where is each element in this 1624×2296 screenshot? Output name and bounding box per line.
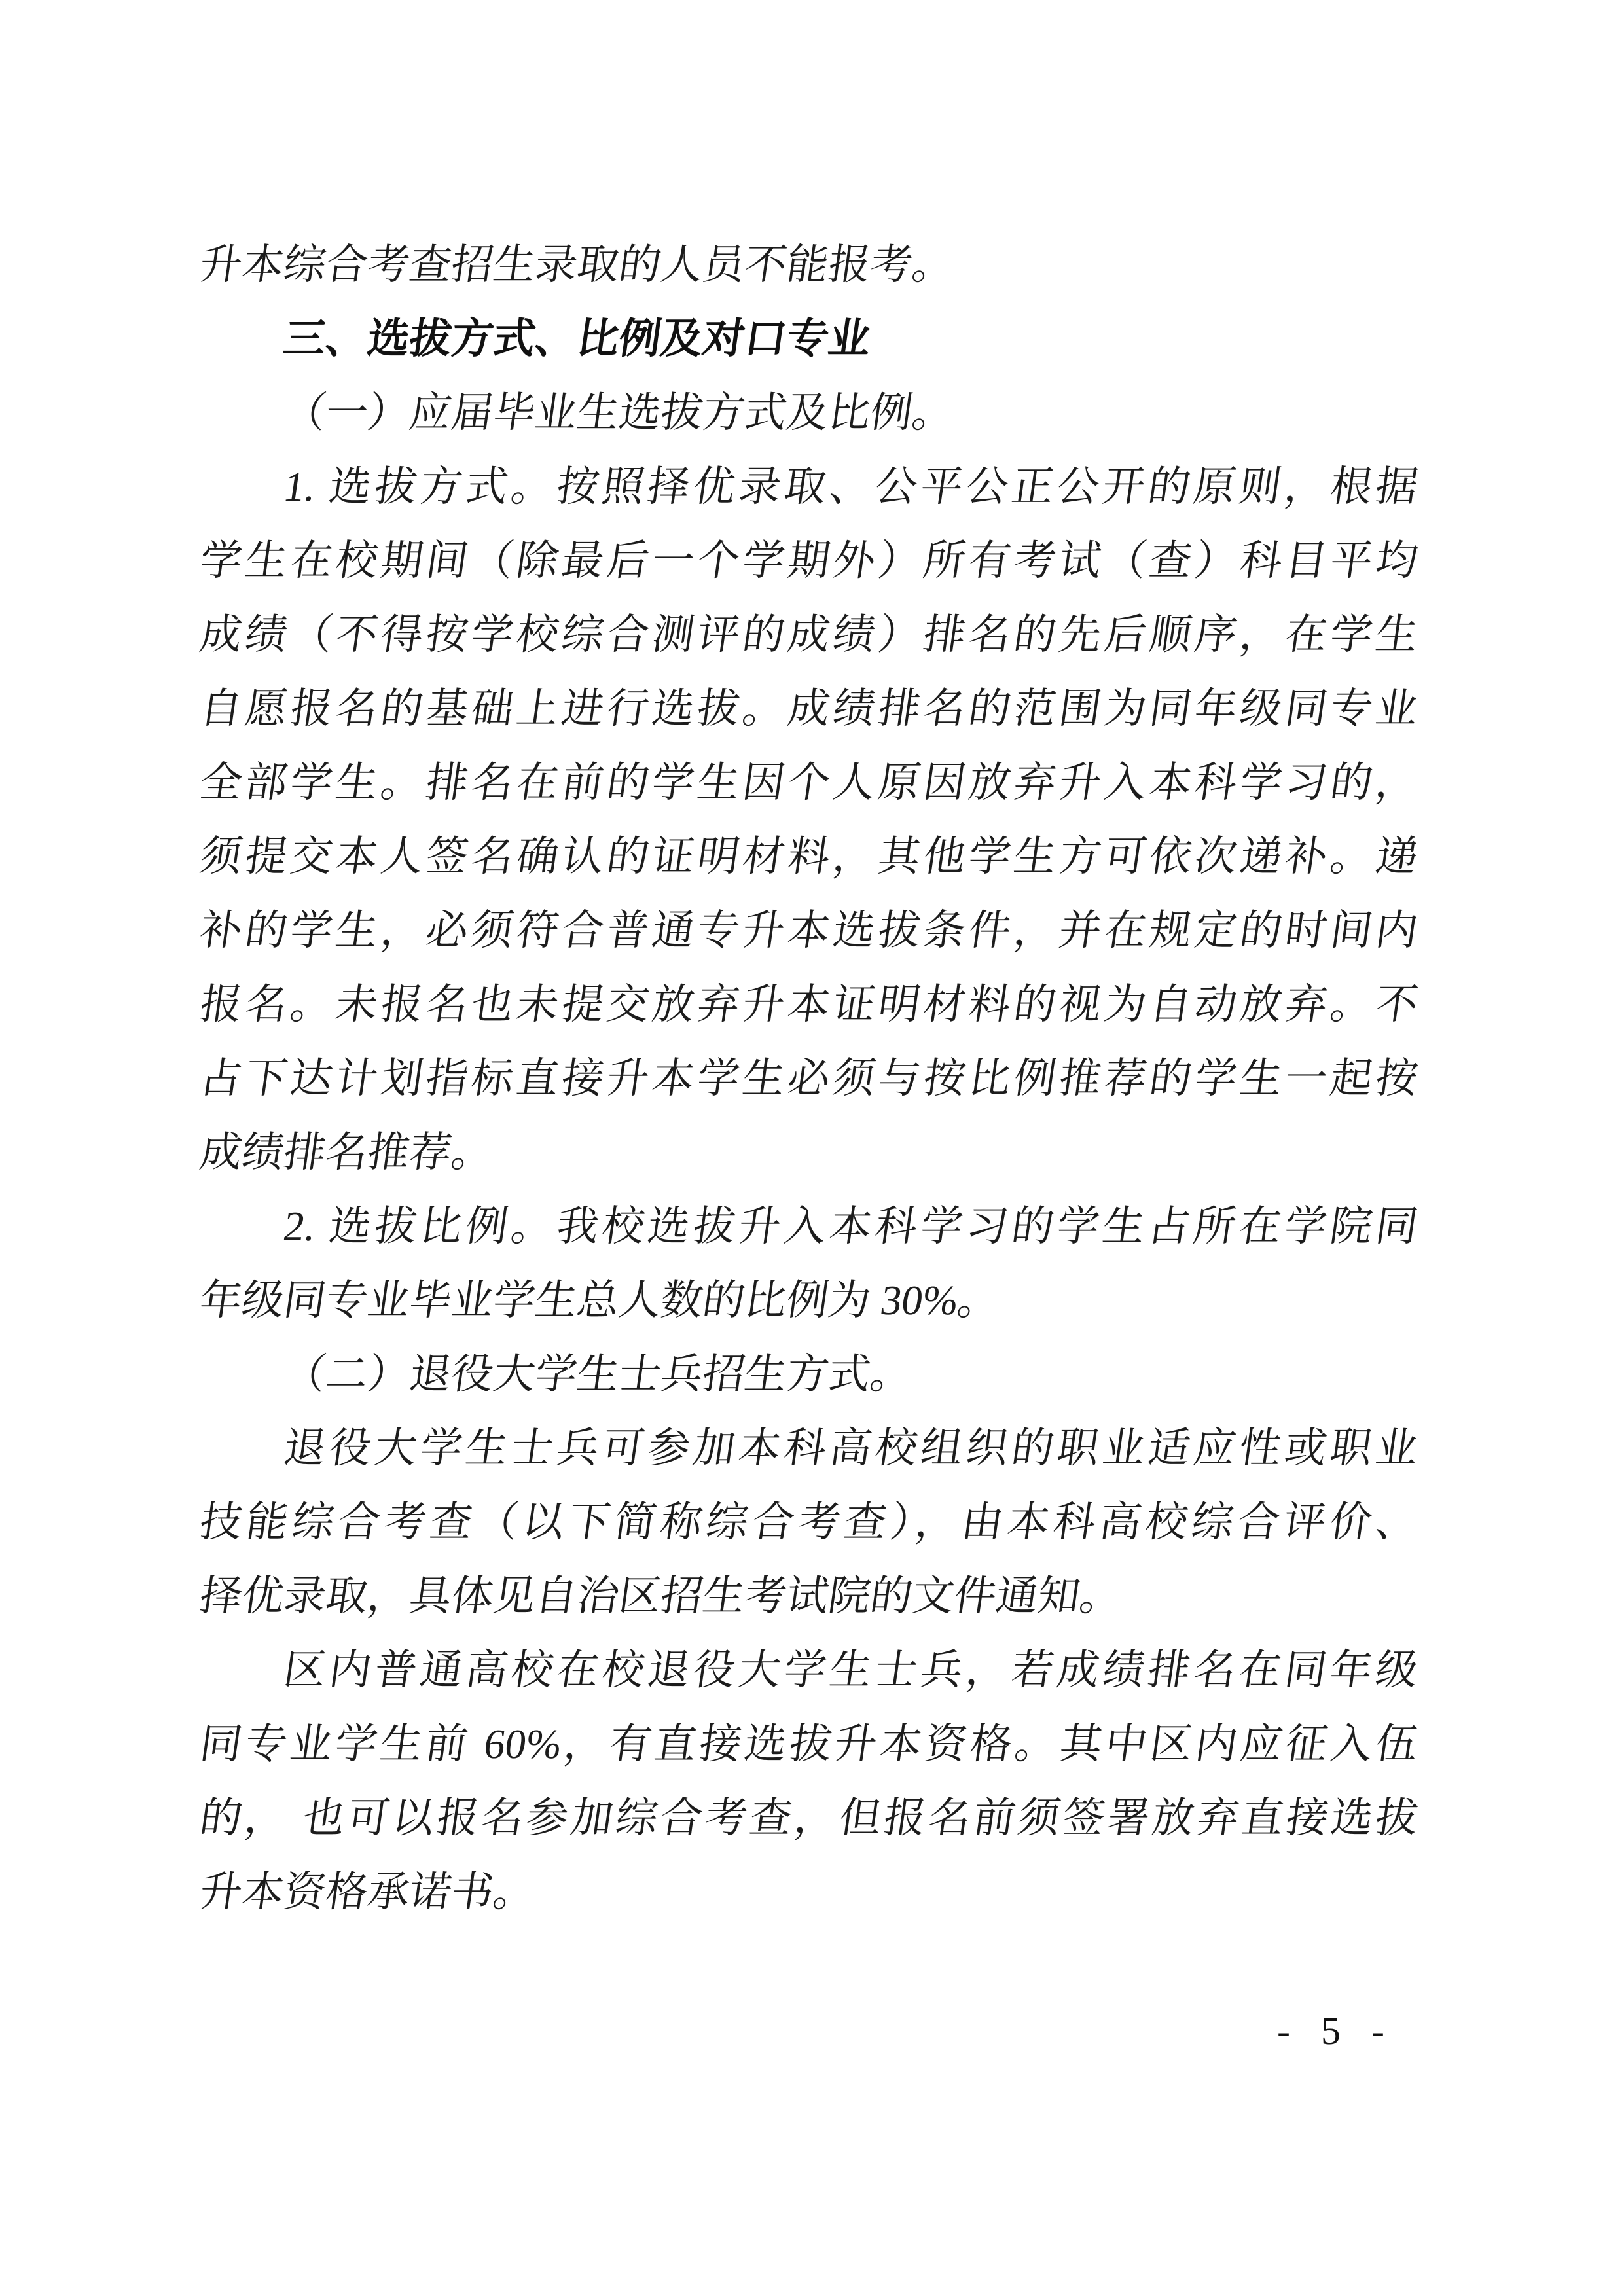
text-line: 报名。未报名也未提交放弃升本证明材料的视为自动放弃。不 xyxy=(195,967,1423,1041)
text-line: 技能综合考查（以下简称综合考查），由本科高校综合评价、 xyxy=(195,1485,1423,1559)
text-line: （二）退役大学生士兵招生方式。 xyxy=(195,1337,1423,1411)
subsection-heading-2: （二）退役大学生士兵招生方式。 xyxy=(195,1337,1413,1411)
text-line: 择优录取，具体见自治区招生考试院的文件通知。 xyxy=(195,1559,1423,1633)
section-heading: 三、选拔方式、比例及对口专业 xyxy=(195,302,1413,376)
paragraph-veteran-ranking: 区内普通高校在校退役大学生士兵，若成绩排名在同年级 同专业学生前 60%，有直接… xyxy=(195,1633,1413,1929)
paragraph-selection-ratio: 2. 选拔比例。我校选拔升入本科学习的学生占所在学院同 年级同专业毕业学生总人数… xyxy=(195,1189,1413,1337)
text-line: 全部学生。排名在前的学生因个人原因放弃升入本科学习的， xyxy=(195,745,1423,819)
paragraph-selection-method: 1. 选拔方式。按照择优录取、公平公正公开的原则，根据 学生在校期间（除最后一个… xyxy=(195,450,1413,1189)
text-line: 退役大学生士兵可参加本科高校组织的职业适应性或职业 xyxy=(195,1411,1423,1485)
document-page: 升本综合考查招生录取的人员不能报考。 三、选拔方式、比例及对口专业 （一）应届毕… xyxy=(0,0,1624,2296)
text-line: 同专业学生前 60%，有直接选拔升本资格。其中区内应征入伍 xyxy=(195,1707,1423,1781)
text-line: 2. 选拔比例。我校选拔升入本科学习的学生占所在学院同 xyxy=(195,1189,1423,1263)
text-line: 年级同专业毕业学生总人数的比例为 30%。 xyxy=(195,1263,1423,1337)
text-line: （一）应届毕业生选拔方式及比例。 xyxy=(195,376,1423,450)
section-heading-line: 三、选拔方式、比例及对口专业 xyxy=(195,302,1423,376)
text-line: 占下达计划指标直接升本学生必须与按比例推荐的学生一起按 xyxy=(195,1041,1423,1115)
text-line: 的， 也可以报名参加综合考查，但报名前须签署放弃直接选拔 xyxy=(195,1781,1423,1855)
text-line: 区内普通高校在校退役大学生士兵，若成绩排名在同年级 xyxy=(195,1633,1423,1707)
text-line: 须提交本人签名确认的证明材料，其他学生方可依次递补。递 xyxy=(195,819,1423,893)
text-line: 补的学生，必须符合普通专升本选拔条件，并在规定的时间内 xyxy=(195,893,1423,967)
text-line: 成绩排名推荐。 xyxy=(195,1115,1423,1189)
page-number: - 5 - xyxy=(1277,2001,1395,2060)
paragraph-continuation: 升本综合考查招生录取的人员不能报考。 xyxy=(195,228,1413,302)
text-line: 学生在校期间（除最后一个学期外）所有考试（查）科目平均 xyxy=(195,524,1423,598)
paragraph-veteran-admission: 退役大学生士兵可参加本科高校组织的职业适应性或职业 技能综合考查（以下简称综合考… xyxy=(195,1411,1413,1633)
text-line: 升本综合考查招生录取的人员不能报考。 xyxy=(195,228,1423,302)
text-line: 成绩（不得按学校综合测评的成绩）排名的先后顺序，在学生 xyxy=(195,598,1423,672)
document-body: 升本综合考查招生录取的人员不能报考。 三、选拔方式、比例及对口专业 （一）应届毕… xyxy=(195,228,1413,1929)
subsection-heading-1: （一）应届毕业生选拔方式及比例。 xyxy=(195,376,1413,450)
text-line: 自愿报名的基础上进行选拔。成绩排名的范围为同年级同专业 xyxy=(195,672,1423,745)
text-line: 升本资格承诺书。 xyxy=(195,1855,1423,1929)
text-line: 1. 选拔方式。按照择优录取、公平公正公开的原则，根据 xyxy=(195,450,1423,524)
